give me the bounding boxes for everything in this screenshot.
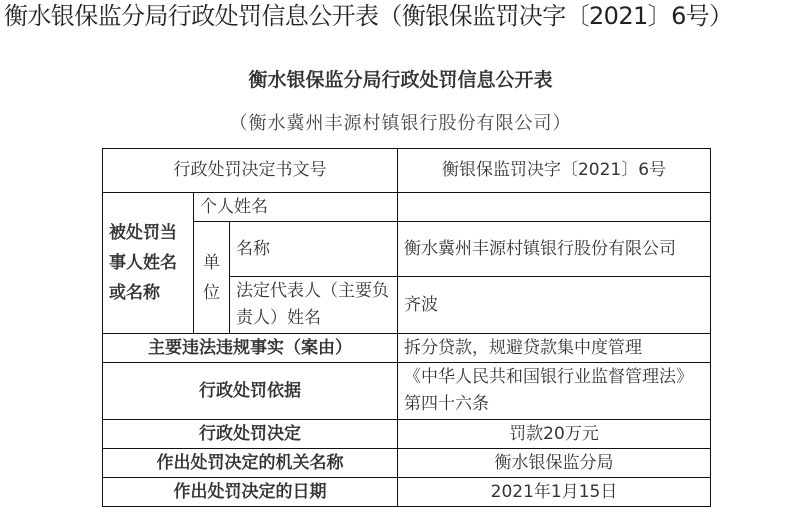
individual-name-label: 个人姓名 [194, 193, 398, 222]
table-row-individual-name: 被处罚当事人姓名或名称 个人姓名 [103, 193, 711, 222]
table-row-authority: 作出处罚决定的机关名称 衡水银保监分局 [103, 449, 711, 478]
table-row-basis: 行政处罚依据 《中华人民共和国银行业监督管理法》第四十六条 [103, 363, 711, 420]
legal-rep-label: 法定代表人（主要负责人）姓名 [230, 277, 398, 334]
table-row-date: 作出处罚决定的日期 2021年1月15日 [103, 478, 711, 507]
document-heading: 衡水银保监分局行政处罚信息公开表 [0, 66, 801, 94]
table-row-unit-name: 单位 名称 衡水冀州丰源村镇银行股份有限公司 [103, 222, 711, 277]
page-title: 衡水银保监分局行政处罚信息公开表（衡银保监罚决字〔2021〕6号） [4, 0, 801, 34]
unit-label: 单位 [194, 222, 230, 334]
basis-label: 行政处罚依据 [103, 363, 398, 420]
basis-value: 《中华人民共和国银行业监督管理法》第四十六条 [398, 363, 711, 420]
decision-number-label: 行政处罚决定书文号 [103, 149, 398, 193]
authority-value: 衡水银保监分局 [398, 449, 711, 478]
violation-label: 主要违法违规事实（案由） [103, 334, 398, 363]
decision-value: 罚款20万元 [398, 420, 711, 449]
legal-rep-value: 齐波 [398, 277, 711, 334]
unit-name-value: 衡水冀州丰源村镇银行股份有限公司 [398, 222, 711, 277]
date-label: 作出处罚决定的日期 [103, 478, 398, 507]
date-value: 2021年1月15日 [398, 478, 711, 507]
authority-label: 作出处罚决定的机关名称 [103, 449, 398, 478]
decision-number-value: 衡银保监罚决字〔2021〕6号 [398, 149, 711, 193]
violation-value: 拆分贷款，规避贷款集中度管理 [398, 334, 711, 363]
table-row-decision: 行政处罚决定 罚款20万元 [103, 420, 711, 449]
document-subheading: （衡水冀州丰源村镇银行股份有限公司） [0, 110, 801, 138]
unit-name-label: 名称 [230, 222, 398, 277]
decision-label: 行政处罚决定 [103, 420, 398, 449]
penalty-info-table: 行政处罚决定书文号 衡银保监罚决字〔2021〕6号 被处罚当事人姓名或名称 个人… [102, 148, 711, 507]
party-label: 被处罚当事人姓名或名称 [103, 193, 194, 334]
individual-name-value [398, 193, 711, 222]
table-row-violation: 主要违法违规事实（案由） 拆分贷款，规避贷款集中度管理 [103, 334, 711, 363]
table-row-decision-number: 行政处罚决定书文号 衡银保监罚决字〔2021〕6号 [103, 149, 711, 193]
